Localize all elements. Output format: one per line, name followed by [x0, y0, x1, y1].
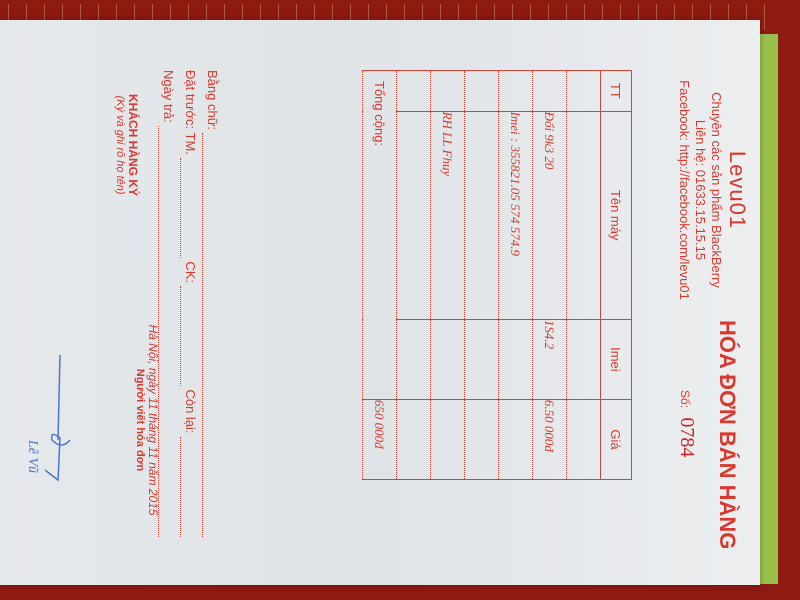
cell-imei [567, 319, 601, 399]
deposit-line: Đặt trước: TM. CK: Còn lại: [176, 70, 198, 540]
amount-in-words-line: Bằng chữ: [198, 70, 220, 540]
table-row: Imei : 355821.05 574 574.9 [499, 71, 533, 480]
writer-sign-label: Người viết hóa đơn [134, 320, 146, 520]
receipt-paper: Levu01 Chuyên các sản phẩm BlackBerry Li… [0, 20, 760, 585]
shop-contact: Liên hệ: 01633.15.15.15 [692, 60, 708, 320]
place-date: Hà Nội, ngày 11 tháng 11 năm 2015 [146, 320, 160, 520]
cell-imei [499, 319, 533, 399]
remaining-label: Còn lại: [176, 389, 198, 433]
items-table: TT Tên máy Imei Giá Đổi 9k3 20 1S4.2 [362, 70, 632, 480]
cell-price: 6.50 000đ [533, 399, 567, 479]
cell-name: Imei : 355821.05 574 574.9 [499, 111, 533, 319]
receipt-content: Levu01 Chuyên các sản phẩm BlackBerry Li… [0, 20, 760, 585]
handwritten-signature [40, 350, 80, 490]
ck-label: CK: [176, 261, 198, 283]
table-row [397, 71, 431, 480]
cell-tt [465, 71, 499, 112]
cell-price [431, 399, 465, 479]
header-imei: Imei [601, 319, 632, 399]
customer-signature-block: KHÁCH HÀNG KÝ (Ký và ghi rõ họ tên) [114, 80, 140, 210]
cell-price [465, 399, 499, 479]
invoice-number-value: 0784 [676, 417, 698, 457]
words-label: Bằng chữ: [198, 70, 220, 130]
cell-name: Đổi 9k3 20 [533, 111, 567, 319]
customer-sign-label: KHÁCH HÀNG KÝ [126, 80, 140, 210]
cell-tt [567, 71, 601, 112]
shop-name: Levu01 [724, 60, 750, 320]
cell-name [397, 111, 431, 319]
writer-signature-block: Hà Nội, ngày 11 tháng 11 năm 2015 Người … [134, 320, 160, 520]
cell-name: RH LL Fhuy [431, 111, 465, 319]
table-row [567, 71, 601, 480]
invoice-number: Số: 0784 [675, 390, 698, 457]
invoice-footer: Bằng chữ: Đặt trước: TM. CK: Còn lại: Ng… [154, 70, 220, 540]
header-tt: TT [601, 71, 632, 112]
header-price: Giá [601, 399, 632, 479]
cell-price [499, 399, 533, 479]
cell-tt [397, 71, 431, 112]
cell-tt [499, 71, 533, 112]
cell-tt [431, 71, 465, 112]
header-name: Tên máy [601, 111, 632, 319]
table-row [465, 71, 499, 480]
shop-header: Levu01 Chuyên các sản phẩm BlackBerry Li… [676, 60, 750, 320]
cell-imei [465, 319, 499, 399]
cell-price [567, 399, 601, 479]
background-border-right [778, 0, 800, 600]
signature-name: Lê Vũ [24, 440, 40, 473]
table-row: RH LL Fhuy [431, 71, 465, 480]
invoice-title: HÓA ĐƠN BÁN HÀNG [714, 320, 740, 549]
table-row: Đổi 9k3 20 1S4.2 6.50 000đ [533, 71, 567, 480]
background-border-bottom [0, 584, 800, 600]
total-label: Tổng cộng: [363, 71, 397, 400]
cell-imei [431, 319, 465, 399]
shop-tagline: Chuyên các sản phẩm BlackBerry [708, 60, 724, 320]
cell-name [465, 111, 499, 319]
customer-sign-note: (Ký và ghi rõ họ tên) [114, 80, 126, 210]
deposit-label: Đặt trước: TM. [176, 70, 198, 155]
table-header-row: TT Tên máy Imei Giá [601, 71, 632, 480]
total-row: Tổng cộng: 650 000đ [363, 71, 397, 480]
cell-imei [397, 319, 431, 399]
invoice-number-label: Số: [678, 390, 692, 408]
pay-date-label: Ngày trả: [154, 70, 176, 123]
shop-facebook: Facebook: http://facebook.com/levu01 [676, 60, 692, 320]
cell-price [397, 399, 431, 479]
cell-tt [533, 71, 567, 112]
cell-name [567, 111, 601, 319]
total-value: 650 000đ [363, 399, 397, 479]
cell-imei: 1S4.2 [533, 319, 567, 399]
